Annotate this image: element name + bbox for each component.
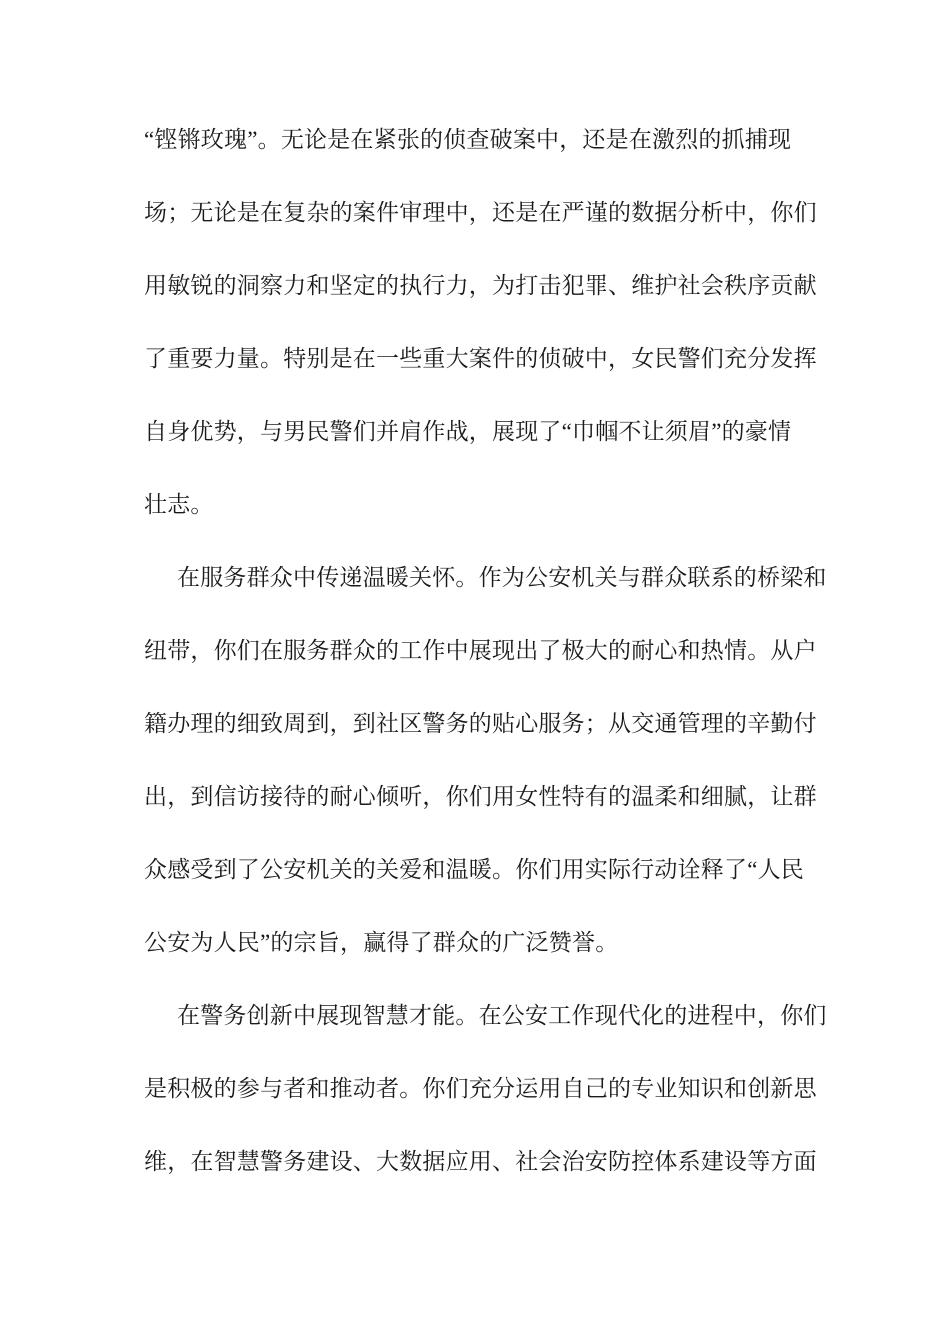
text-line: 公安为人民”的宗旨，赢得了群众的广泛赞誉。 bbox=[144, 906, 834, 979]
text-line: 是积极的参与者和推动者。你们充分运用自己的专业知识和创新思 bbox=[144, 1052, 834, 1125]
document-page: “铿锵玫瑰”。无论是在紧张的侦查破案中，还是在激烈的抓捕现 场；无论是在复杂的案… bbox=[0, 0, 950, 1344]
text-line: 出，到信访接待的耐心倾听，你们用女性特有的温柔和细腻，让群 bbox=[144, 760, 834, 833]
document-text-block: “铿锵玫瑰”。无论是在紧张的侦查破案中，还是在激烈的抓捕现 场；无论是在复杂的案… bbox=[144, 103, 834, 1198]
text-line: 众感受到了公安机关的关爱和温暖。你们用实际行动诠释了“人民 bbox=[144, 833, 834, 906]
text-line: 籍办理的细致周到，到社区警务的贴心服务；从交通管理的辛勤付 bbox=[144, 687, 834, 760]
text-line: 壮志。 bbox=[144, 468, 834, 541]
paragraph: “铿锵玫瑰”。无论是在紧张的侦查破案中，还是在激烈的抓捕现 场；无论是在复杂的案… bbox=[144, 103, 834, 541]
text-line: 在警务创新中展现智慧才能。在公安工作现代化的进程中，你们 bbox=[144, 979, 834, 1052]
paragraph: 在警务创新中展现智慧才能。在公安工作现代化的进程中，你们 是积极的参与者和推动者… bbox=[144, 979, 834, 1198]
text-line: 自身优势，与男民警们并肩作战，展现了“巾帼不让须眉”的豪情 bbox=[144, 395, 834, 468]
paragraph: 在服务群众中传递温暖关怀。作为公安机关与群众联系的桥梁和 纽带，你们在服务群众的… bbox=[144, 541, 834, 979]
text-line: “铿锵玫瑰”。无论是在紧张的侦查破案中，还是在激烈的抓捕现 bbox=[144, 103, 834, 176]
text-line: 用敏锐的洞察力和坚定的执行力，为打击犯罪、维护社会秩序贡献 bbox=[144, 249, 834, 322]
text-line: 维，在智慧警务建设、大数据应用、社会治安防控体系建设等方面 bbox=[144, 1125, 834, 1198]
text-line: 场；无论是在复杂的案件审理中，还是在严谨的数据分析中，你们 bbox=[144, 176, 834, 249]
text-line: 纽带，你们在服务群众的工作中展现出了极大的耐心和热情。从户 bbox=[144, 614, 834, 687]
text-line: 在服务群众中传递温暖关怀。作为公安机关与群众联系的桥梁和 bbox=[144, 541, 834, 614]
text-line: 了重要力量。特别是在一些重大案件的侦破中，女民警们充分发挥 bbox=[144, 322, 834, 395]
